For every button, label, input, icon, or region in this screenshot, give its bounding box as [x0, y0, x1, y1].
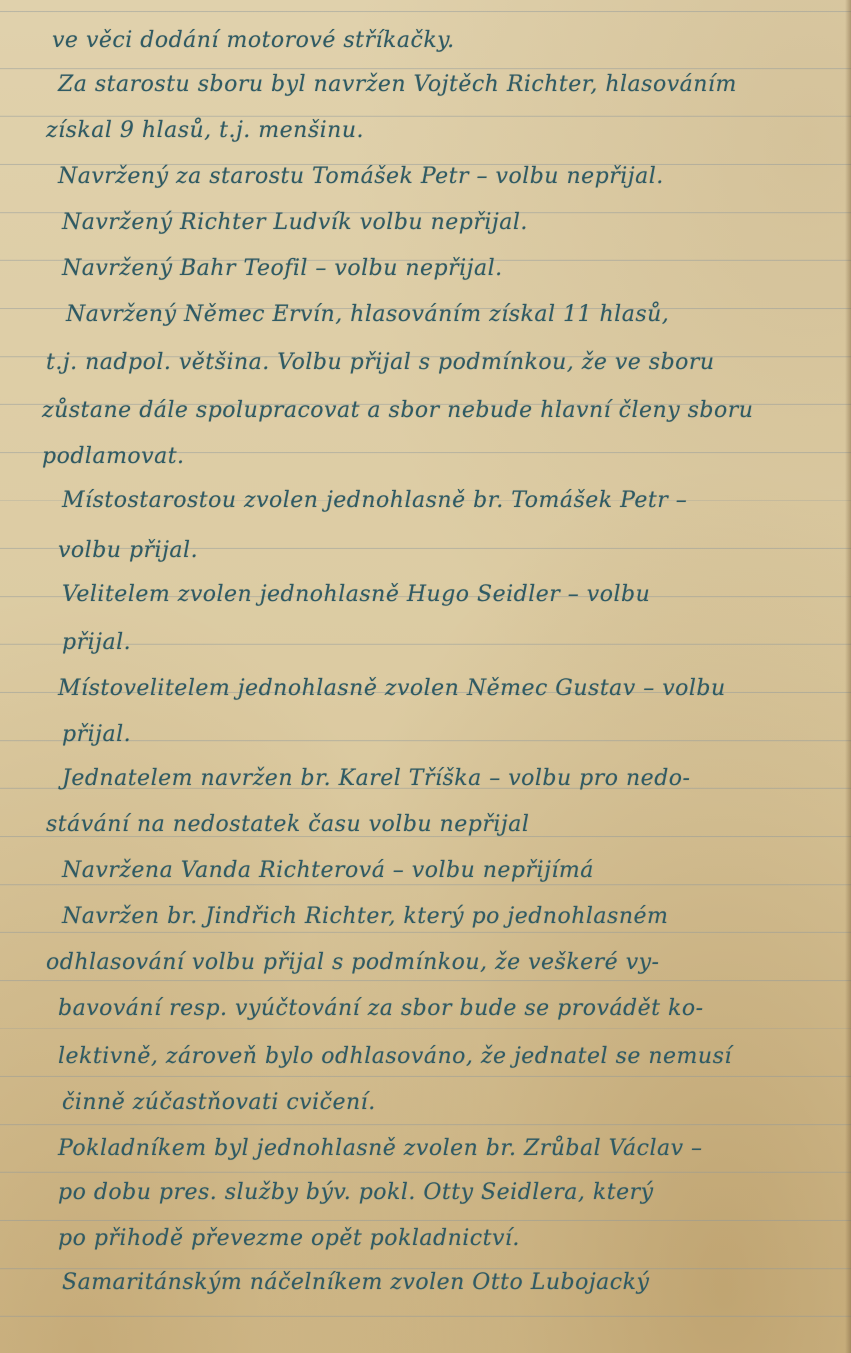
- text-line: stávání na nedostatek času volbu nepřija…: [46, 812, 529, 852]
- text-line: Místovelitelem jednohlasně zvolen Němec …: [58, 676, 726, 716]
- text-line: přijal.: [62, 630, 131, 670]
- binding-edge: [845, 0, 851, 1353]
- text-line: činně zúčastňovati cvičení.: [62, 1090, 376, 1130]
- text-line: volbu přijal.: [58, 538, 198, 578]
- text-line: Velitelem zvolen jednohlasně Hugo Seidle…: [62, 582, 650, 622]
- text-line: Jednatelem navržen br. Karel Tříška – vo…: [62, 766, 690, 806]
- text-line: t.j. nadpol. většina. Volbu přijal s pod…: [46, 350, 715, 390]
- text-line: Navržený Němec Ervín, hlasováním získal …: [66, 302, 669, 342]
- text-line: Pokladníkem byl jednohlasně zvolen br. Z…: [58, 1136, 703, 1176]
- text-line: Samaritánským náčelníkem zvolen Otto Lub…: [62, 1270, 649, 1310]
- text-line: Navržený Bahr Teofil – volbu nepřijal.: [62, 256, 503, 296]
- text-line: po dobu pres. služby býv. pokl. Otty Sei…: [58, 1180, 654, 1220]
- text-line: ve věci dodání motorové stříkačky.: [52, 28, 455, 68]
- text-line: přijal.: [62, 722, 131, 762]
- text-line: odhlasování volbu přijal s podmínkou, že…: [46, 950, 660, 990]
- text-line: po přihodě převezme opět pokladnictví.: [58, 1226, 520, 1266]
- text-line: lektivně, zároveň bylo odhlasováno, že j…: [58, 1044, 732, 1084]
- text-line: Navržena Vanda Richterová – volbu nepřij…: [62, 858, 594, 898]
- text-line: získal 9 hlasů, t.j. menšinu.: [46, 118, 364, 158]
- text-line: Navržen br. Jindřich Richter, který po j…: [62, 904, 668, 944]
- text-line: podlamovat.: [42, 444, 185, 484]
- text-line: bavování resp. vyúčtování za sbor bude s…: [58, 996, 704, 1036]
- text-line: Navržený za starostu Tomášek Petr – volb…: [58, 164, 664, 204]
- text-line: Navržený Richter Ludvík volbu nepřijal.: [62, 210, 528, 250]
- text-line: Za starostu sboru byl navržen Vojtěch Ri…: [58, 72, 737, 112]
- text-line: Místostarostou zvolen jednohlasně br. To…: [62, 488, 687, 528]
- text-line: zůstane dále spolupracovat a sbor nebude…: [42, 398, 753, 438]
- manuscript-page: ve věci dodání motorové stříkačky. Za st…: [0, 0, 851, 1353]
